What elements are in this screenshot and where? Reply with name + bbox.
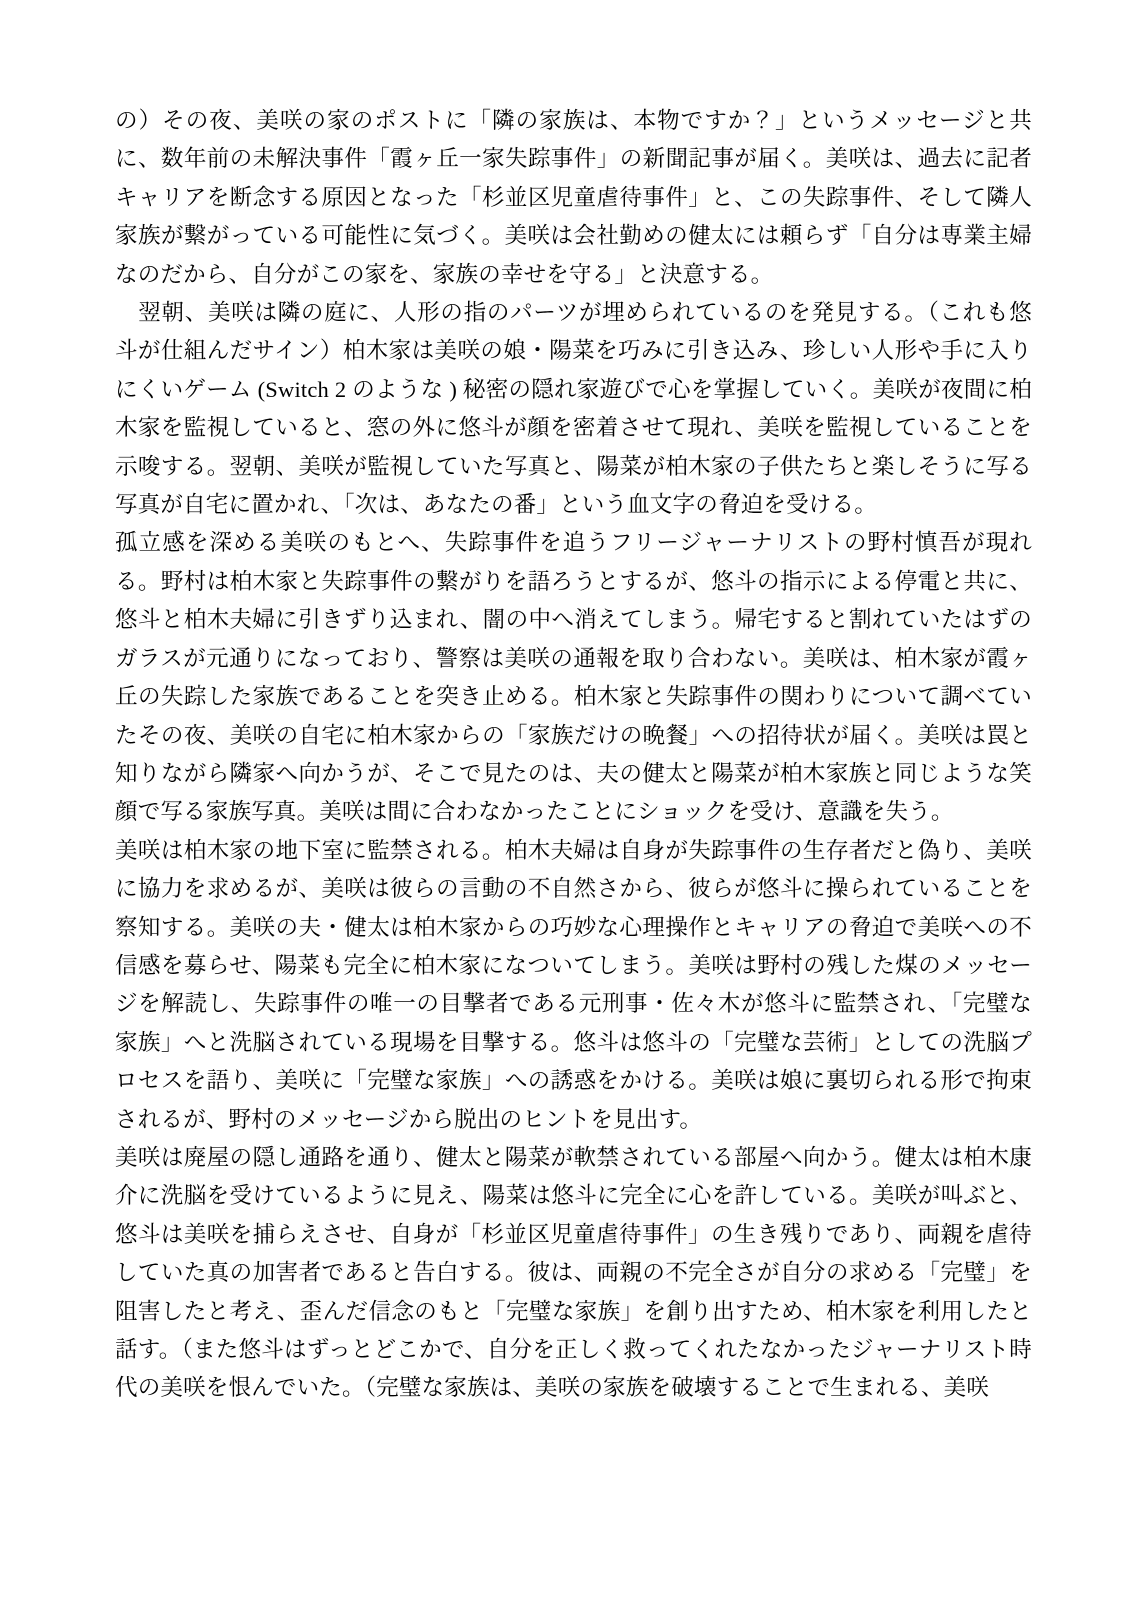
story-paragraph-1: の）その夜、美咲の家のポストに「隣の家族は、本物ですか？」というメッセージと共に… <box>115 102 1032 294</box>
text-block: の）その夜、美咲の家のポストに「隣の家族は、本物ですか？」というメッセージと共に… <box>115 102 1032 1408</box>
document-page: の）その夜、美咲の家のポストに「隣の家族は、本物ですか？」というメッセージと共に… <box>0 0 1141 1600</box>
story-paragraph-2: 翌朝、美咲は隣の庭に、人形の指のパーツが埋められているのを発見する。（これも悠斗… <box>115 294 1032 524</box>
story-paragraph-3: 孤立感を深める美咲のもとへ、失踪事件を追うフリージャーナリストの野村慎吾が現れる… <box>115 524 1032 831</box>
story-paragraph-5: 美咲は廃屋の隠し通路を通り、健太と陽菜が軟禁されている部屋へ向かう。健太は柏木康… <box>115 1139 1032 1408</box>
story-paragraph-4: 美咲は柏木家の地下室に監禁される。柏木夫婦は自身が失踪事件の生存者だと偽り、美咲… <box>115 832 1032 1139</box>
